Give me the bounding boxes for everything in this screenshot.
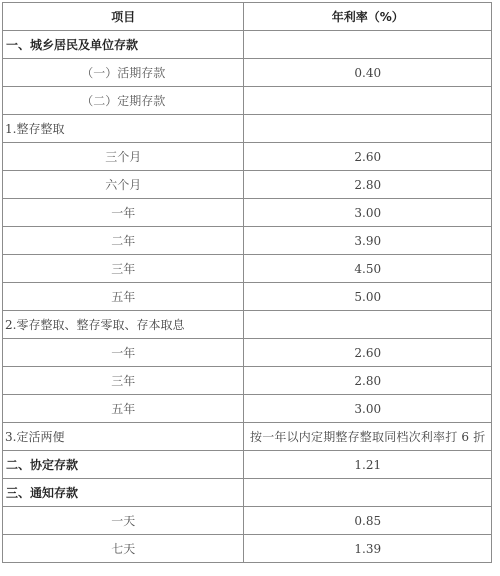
table-row: 一年 2.60 — [3, 339, 492, 367]
row-label-term: 五年 — [3, 395, 244, 423]
header-item: 项目 — [3, 3, 244, 31]
row-rate: 2.80 — [244, 171, 492, 199]
row-rate: 0.40 — [244, 59, 492, 87]
table-row: 3.定活两便 按一年以内定期整存整取同档次利率打 6 折 — [3, 423, 492, 451]
row-rate: 4.50 — [244, 255, 492, 283]
row-label-lump-sum: 1.整存整取 — [3, 115, 244, 143]
row-rate: 1.21 — [244, 451, 492, 479]
row-label-term: 六个月 — [3, 171, 244, 199]
row-label-flexible: 3.定活两便 — [3, 423, 244, 451]
row-label-section-1: 一、城乡居民及单位存款 — [3, 31, 244, 59]
row-label-section-3: 三、通知存款 — [3, 479, 244, 507]
row-label-term: 二年 — [3, 227, 244, 255]
table-row: 2.零存整取、整存零取、存本取息 — [3, 311, 492, 339]
table-row: 二年 3.90 — [3, 227, 492, 255]
row-label-time-deposit: （二）定期存款 — [3, 87, 244, 115]
table-row: 二、协定存款 1.21 — [3, 451, 492, 479]
row-rate — [244, 87, 492, 115]
table-row: 六个月 2.80 — [3, 171, 492, 199]
table-row: 五年 5.00 — [3, 283, 492, 311]
row-rate: 3.90 — [244, 227, 492, 255]
row-rate: 3.00 — [244, 395, 492, 423]
row-rate — [244, 479, 492, 507]
table-header-row: 项目 年利率（%） — [3, 3, 492, 31]
row-label-term: 一天 — [3, 507, 244, 535]
row-label-section-2: 二、协定存款 — [3, 451, 244, 479]
row-rate: 3.00 — [244, 199, 492, 227]
row-rate — [244, 115, 492, 143]
row-label-term: 一年 — [3, 199, 244, 227]
table-row: 1.整存整取 — [3, 115, 492, 143]
row-label-term: 七天 — [3, 535, 244, 563]
row-rate: 1.39 — [244, 535, 492, 563]
row-label-term: 五年 — [3, 283, 244, 311]
row-rate — [244, 31, 492, 59]
table-row: 一、城乡居民及单位存款 — [3, 31, 492, 59]
row-label-installment: 2.零存整取、整存零取、存本取息 — [3, 311, 244, 339]
row-rate: 5.00 — [244, 283, 492, 311]
table-row: 七天 1.39 — [3, 535, 492, 563]
table-row: 一年 3.00 — [3, 199, 492, 227]
table-row: 一天 0.85 — [3, 507, 492, 535]
row-label-demand-deposit: （一）活期存款 — [3, 59, 244, 87]
row-rate: 2.80 — [244, 367, 492, 395]
table-row: （一）活期存款 0.40 — [3, 59, 492, 87]
row-rate — [244, 311, 492, 339]
row-label-term: 一年 — [3, 339, 244, 367]
table-row: 三、通知存款 — [3, 479, 492, 507]
row-label-term: 三年 — [3, 367, 244, 395]
header-annual-rate: 年利率（%） — [244, 3, 492, 31]
row-rate: 2.60 — [244, 143, 492, 171]
table-row: （二）定期存款 — [3, 87, 492, 115]
row-rate: 0.85 — [244, 507, 492, 535]
row-rate: 2.60 — [244, 339, 492, 367]
row-label-term: 三个月 — [3, 143, 244, 171]
row-label-term: 三年 — [3, 255, 244, 283]
table-row: 三个月 2.60 — [3, 143, 492, 171]
deposit-rate-table: 项目 年利率（%） 一、城乡居民及单位存款 （一）活期存款 0.40 （二）定期… — [2, 2, 492, 563]
table-row: 三年 2.80 — [3, 367, 492, 395]
table-row: 三年 4.50 — [3, 255, 492, 283]
table-row: 五年 3.00 — [3, 395, 492, 423]
row-rate-note: 按一年以内定期整存整取同档次利率打 6 折 — [244, 423, 492, 451]
